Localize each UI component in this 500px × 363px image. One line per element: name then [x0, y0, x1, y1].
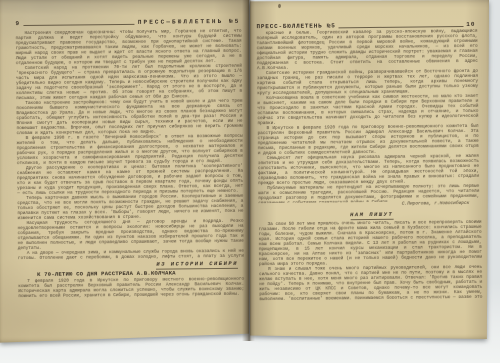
paragraph: Я знаю и слышал тоже очень много партийн… — [259, 265, 482, 300]
letter-signature: С.Пирогова, г.Новосибирск — [402, 201, 470, 207]
paragraph: Советские историки гражданской войны, ра… — [257, 69, 478, 96]
header-rule — [339, 26, 464, 28]
right-page-content: ПРЕСС-БЮЛЛЕТЕНЬ №5 10 красные и белые. Г… — [250, 0, 489, 341]
right-page-number: 10 — [466, 21, 475, 28]
paragraph: красные и белые. Георгиевский кавалер за… — [257, 29, 478, 71]
paragraph: В Иркутске в феврале 1920 года по пригов… — [258, 124, 479, 156]
scanned-bulletin-spread: 9 ПРЕСС—БЮЛЛЕТЕНЬ №5 Настроения свердлов… — [0, 0, 500, 363]
letters-body-text: За свои 50 лет мне пришлось очень много … — [259, 220, 483, 300]
right-header-title: ПРЕСС-БЮЛЛЕТЕНЬ №5 — [256, 22, 335, 30]
right-body-text: красные и белые. Георгиевский кавалер за… — [257, 29, 480, 203]
paragraph: Семьдесят лет официальная наука рисовала… — [258, 154, 479, 186]
page-gutter-shadow — [242, 0, 255, 341]
section-header-nam-pishut: НАМ ПИШУТ — [350, 211, 393, 220]
paragraph: Колчаковщина вошла в советские учебники … — [257, 94, 478, 126]
right-page-scan: ПРЕСС-БЮЛЛЕТЕНЬ №5 10 красные и белые. Г… — [250, 0, 489, 341]
paragraph: За свои 50 лет мне пришлось очень много … — [259, 220, 482, 267]
